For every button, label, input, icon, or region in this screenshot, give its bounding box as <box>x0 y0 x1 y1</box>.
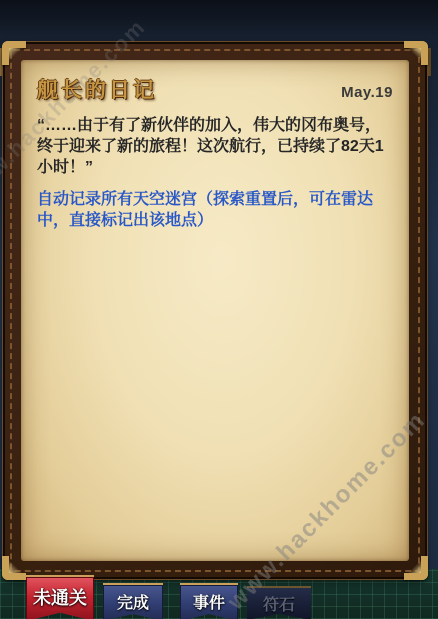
page-title: 舰长的日记 <box>37 74 157 104</box>
diary-content: 舰长的日记 May.19 “……由于有了新伙伴的加入，伟大的冈布奥号，终于迎来了… <box>21 60 409 561</box>
tab-events[interactable]: 事件 <box>180 583 238 619</box>
corner-bracket-top-right <box>404 41 428 65</box>
game-screen: { "diary": { "title": "舰长的日记", "date": "… <box>0 0 438 619</box>
corner-bracket-bottom-right <box>404 556 428 580</box>
corner-bracket-top-left <box>2 41 26 65</box>
corner-bracket-bottom-left <box>2 556 26 580</box>
diary-date: May.19 <box>341 84 395 101</box>
diary-window-frame: 舰长的日记 May.19 “……由于有了新伙伴的加入，伟大的冈布奥号，终于迎来了… <box>5 44 425 577</box>
diary-entry-text: “……由于有了新伙伴的加入，伟大的冈布奥号，终于迎来了新的旅程！这次航行，已持续… <box>37 115 395 178</box>
tab-completed[interactable]: 完成 <box>103 583 163 619</box>
tab-not-cleared[interactable]: 未通关 <box>26 575 94 619</box>
diary-header: 舰长的日记 May.19 <box>37 74 395 104</box>
diary-note-text: 自动记录所有天空迷宫（探索重置后，可在雷达中，直接标记出该地点） <box>37 189 395 231</box>
